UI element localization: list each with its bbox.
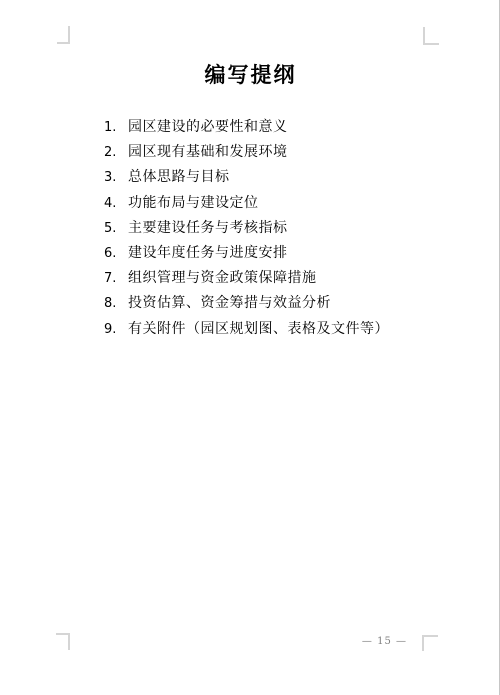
document-page: 编写提纲 1.园区建设的必要性和意义 2.园区现有基础和发展环境 3.总体思路与… xyxy=(0,0,500,695)
item-number: 7. xyxy=(104,266,128,291)
item-number: 8. xyxy=(104,291,128,316)
item-text: 总体思路与目标 xyxy=(128,169,230,185)
crop-mark-top-left-icon xyxy=(57,26,70,44)
crop-mark-bottom-right-icon xyxy=(422,635,438,651)
list-item: 1.园区建设的必要性和意义 xyxy=(104,115,499,140)
item-number: 5. xyxy=(104,216,128,241)
list-item: 3.总体思路与目标 xyxy=(104,165,499,190)
item-text: 功能布局与建设定位 xyxy=(128,195,259,211)
list-item: 5.主要建设任务与考核指标 xyxy=(104,216,499,241)
item-number: 2. xyxy=(104,140,128,165)
item-text: 主要建设任务与考核指标 xyxy=(128,220,288,236)
item-number: 9. xyxy=(104,317,128,342)
item-number: 1. xyxy=(104,115,128,140)
item-number: 3. xyxy=(104,165,128,190)
list-item: 2.园区现有基础和发展环境 xyxy=(104,140,499,165)
item-number: 4. xyxy=(104,191,128,216)
page-title: 编写提纲 xyxy=(0,63,499,88)
outline-list: 1.园区建设的必要性和意义 2.园区现有基础和发展环境 3.总体思路与目标 4.… xyxy=(104,115,499,342)
list-item: 8.投资估算、资金筹措与效益分析 xyxy=(104,291,499,316)
crop-mark-top-right-icon xyxy=(423,27,439,45)
item-text: 有关附件（园区规划图、表格及文件等） xyxy=(128,321,389,337)
page-number: — 15 — xyxy=(362,635,407,649)
item-text: 组织管理与资金政策保障措施 xyxy=(128,270,317,286)
crop-mark-bottom-left-icon xyxy=(56,633,70,650)
list-item: 6.建设年度任务与进度安排 xyxy=(104,241,499,266)
list-item: 7.组织管理与资金政策保障措施 xyxy=(104,266,499,291)
item-text: 建设年度任务与进度安排 xyxy=(128,245,288,261)
list-item: 9.有关附件（园区规划图、表格及文件等） xyxy=(104,317,499,342)
item-text: 投资估算、资金筹措与效益分析 xyxy=(128,295,331,311)
list-item: 4.功能布局与建设定位 xyxy=(104,191,499,216)
item-text: 园区现有基础和发展环境 xyxy=(128,144,288,160)
item-number: 6. xyxy=(104,241,128,266)
item-text: 园区建设的必要性和意义 xyxy=(128,119,288,135)
